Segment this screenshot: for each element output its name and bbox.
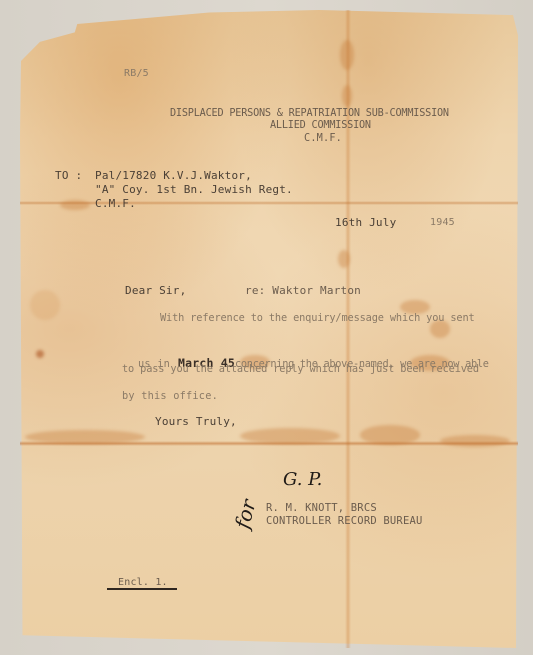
rust-stain: [440, 435, 510, 447]
body-line-4: by this office.: [122, 389, 218, 403]
letterhead-line-3: C.M.F.: [304, 132, 342, 146]
recipient-label: TO :: [55, 169, 82, 183]
rust-stain: [240, 428, 340, 444]
rust-stain: [340, 40, 354, 70]
signatory-title: CONTROLLER RECORD BUREAU: [266, 514, 423, 528]
rust-stain: [360, 425, 420, 445]
recipient-line-2: "A" Coy. 1st Bn. Jewish Regt.: [95, 183, 293, 197]
recipient-line-3: C.M.F.: [95, 197, 136, 211]
signatory-name: R. M. KNOTT, BRCS: [266, 501, 377, 515]
date-day-month: 16th July: [335, 216, 396, 230]
rust-stain: [60, 200, 90, 210]
body-line-1: With reference to the enquiry/message wh…: [160, 311, 475, 325]
enclosure-underline: [107, 588, 177, 590]
closing: Yours Truly,: [155, 415, 237, 429]
rust-stain: [338, 250, 350, 268]
handwritten-initials: G. P.: [283, 469, 322, 490]
rust-stain: [30, 290, 60, 320]
rust-stain: [342, 85, 352, 107]
date-year: 1945: [430, 216, 455, 230]
rust-stain: [25, 430, 145, 444]
letterhead-line-2: ALLIED COMMISSION: [270, 119, 371, 133]
rust-stain: [36, 350, 44, 358]
recipient-line-1: Pal/17820 K.V.J.Waktor,: [95, 169, 252, 183]
subject-line: re: Waktor Marton: [245, 284, 361, 298]
salutation: Dear Sir,: [125, 284, 186, 298]
reference-code: RB/5: [124, 67, 149, 81]
body-line-3: to pass you the attached reply which has…: [122, 362, 479, 376]
